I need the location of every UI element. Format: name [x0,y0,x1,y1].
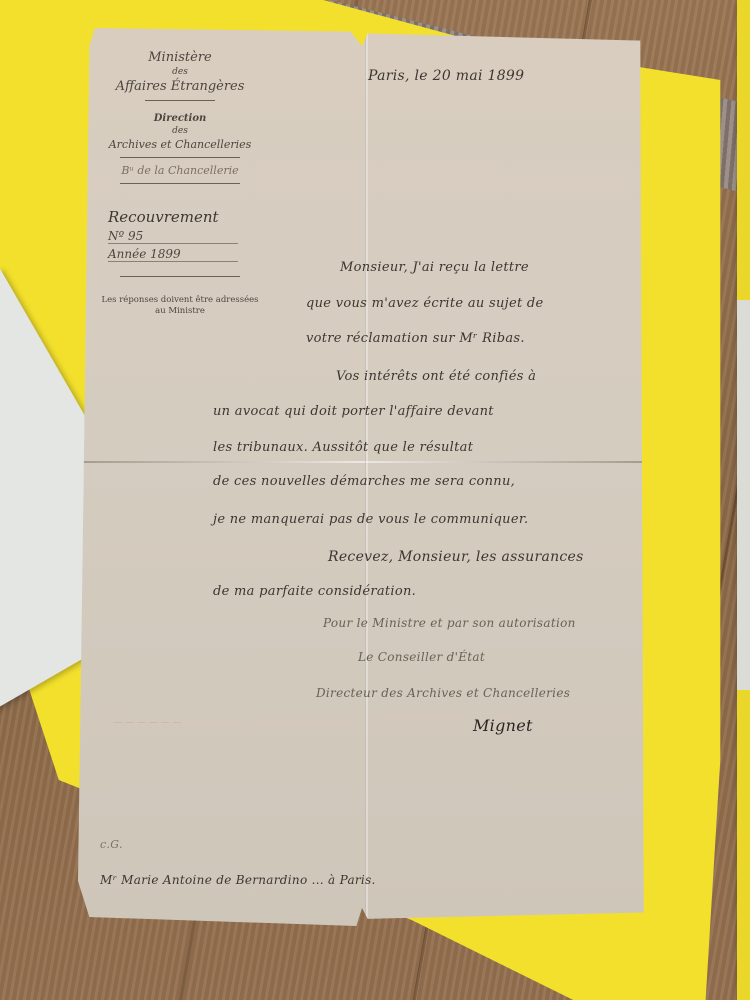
faded-bleedthrough: — — — — — — [113,718,181,728]
body-line-10: de ma parfaite considération. [213,584,416,599]
body-line-2: que vous m'avez écrite au sujet de [306,296,544,311]
closing-line-2: Le Conseiller d'État [358,650,485,664]
letterhead-rule [145,100,215,101]
closing-line-1: Pour le Ministre et par son autorisation [323,616,576,630]
white-sheet-right-edge [737,300,750,690]
body-line-6: les tribunaux. Aussitôt que le résultat [213,440,473,455]
letterhead-archives: Archives et Chancelleries [90,138,270,151]
body-line-4: Vos intérêts ont été confiés à [336,369,536,384]
reply-note-line-2: au Ministre [155,306,205,316]
body-line-8: je ne manquerai pas de vous le communiqu… [213,512,528,527]
letterhead-des: des [90,67,270,77]
body-line-3: votre réclamation sur Mʳ Ribas. [306,331,525,346]
reference-block: Recouvrement Nº 95 Année 1899 [90,208,270,262]
letterhead-ministry: Ministère [90,50,270,65]
reference-number: Nº 95 [108,229,238,244]
letterhead-affairs: Affaires Étrangères [90,79,270,94]
margin-initials: c.G. [100,838,123,851]
letterhead-rule [120,183,240,184]
letterhead-rule [120,157,240,158]
body-line-7: de ces nouvelles démarches me sera connu… [213,474,515,489]
body-line-1: Monsieur, J'ai reçu la lettre [340,260,529,275]
signature: Mignet [473,716,533,735]
reply-note-line-1: Les réponses doivent être adressées [101,295,258,305]
addressee: Mʳ Marie Antoine de Bernardino ... à Par… [100,873,376,887]
body-line-5: un avocat qui doit porter l'affaire deva… [213,404,494,419]
letterhead: Ministère des Affaires Étrangères Direct… [90,50,270,317]
letterhead-bureau: Bᵘ de la Chancellerie [90,164,270,177]
closing-line-3: Directeur des Archives et Chancelleries [316,686,570,700]
letter-document: Ministère des Affaires Étrangères Direct… [78,28,646,926]
letterhead-rule [120,276,240,277]
reference-year: Année 1899 [108,247,238,262]
horizontal-fold [78,461,646,463]
reply-note: Les réponses doivent être adressées au M… [90,295,270,317]
dateline: Paris, le 20 mai 1899 [368,68,524,84]
body-line-9: Recevez, Monsieur, les assurances [328,549,584,565]
reference-title: Recouvrement [108,208,270,226]
letterhead-des-2: des [90,126,270,136]
letterhead-direction: Direction [90,113,270,124]
